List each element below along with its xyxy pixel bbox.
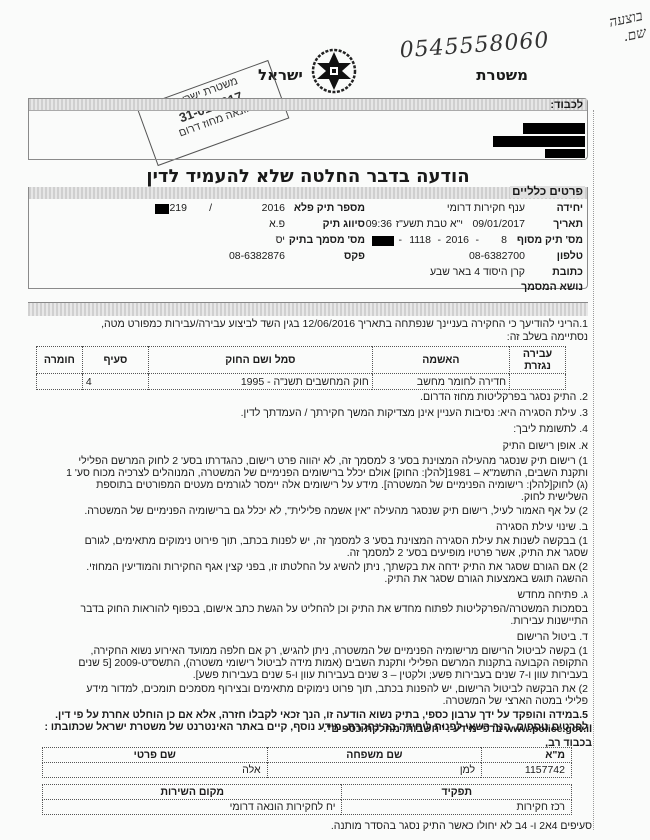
section-a-title: א. אופן רישום התיק <box>503 440 588 452</box>
recipient-label: לכבוד: <box>550 99 583 111</box>
first-name-value: אלה <box>43 763 268 778</box>
id-value: 1157742 <box>482 763 572 778</box>
document-page: משטרת ישראל משטרת ישראל 31-01-2017 הונאה… <box>28 0 588 840</box>
col-section: סעיף <box>82 347 148 374</box>
id-label: מ"א <box>482 748 572 763</box>
general-details-box: פרטים כלליים יחידה ענף חקירות דרומי מספר… <box>28 187 588 289</box>
paragraph-1-line-1: 1.הריני להודיעך כי החקירה בעניינך שנפתחה… <box>101 318 588 330</box>
final-file-sep2: - <box>438 234 442 249</box>
section-b-title: ב. שינוי עילת הסגירה <box>496 521 588 533</box>
cell-section: 4 <box>82 374 148 390</box>
cell-severity <box>37 374 83 390</box>
general-details-band: פרטים כלליים <box>29 187 587 199</box>
offenses-header-row: עבירה נגזרת האשמה סמל ושם החוק סעיף חומר… <box>37 347 566 374</box>
section-d1-line-1: 1) בקשה לביטול הרישום מרישומיה הפנימיים … <box>91 645 588 657</box>
redacted-pla-prefix <box>155 204 169 214</box>
cell-charge: חדירה לחומר מחשב <box>372 374 509 390</box>
classification-label: סיווג תיק <box>323 218 365 233</box>
cell-derived-offense <box>510 374 566 390</box>
paragraph-1-line-2: נסתיימה בשלב זה: <box>507 331 588 343</box>
paragraph-2: 2. התיק נסגר בפרקליטות מחוז הדרום. <box>420 391 588 403</box>
section-c-line-2: התיישנות עבירות. <box>510 615 588 627</box>
cell-law: חוק המחשבים תשנ"ה - 1995 <box>148 374 372 390</box>
address-label: כתובת <box>552 266 583 281</box>
phone-value: 08-6382700 <box>469 250 525 265</box>
signature-table: מ"א שם משפחה שם פרטי 1157742 למן אלה <box>42 747 572 778</box>
section-d2-line-2: פלילי במטה הארצי של המשטרה. <box>443 695 588 707</box>
section-a2: 2) על אף האמור לעיל, רישום תיק שנסגר מהע… <box>84 505 588 517</box>
classification-value: פ.א <box>269 218 285 233</box>
paragraph-4: 4. לתשומת ליבך: <box>513 423 588 435</box>
paragraph-5-line-3: www.police.gov.il בדפי מידע : "חשבות/ מח… <box>323 723 592 735</box>
final-file-sep1: - <box>476 234 480 249</box>
date-label: תאריך <box>553 218 583 233</box>
final-file-part2: 2016 <box>446 234 469 249</box>
table-row: רכז חקירות יח לחקירות הונאה דרומי <box>43 800 572 815</box>
recipient-band <box>29 99 587 111</box>
section-b2-line-2: ההשגה תוגש באמצעות הגורם שסגר את התיק. <box>384 573 588 585</box>
role-header-row: תפקיד מקום השירות <box>43 785 572 800</box>
redacted-address <box>493 136 585 147</box>
redacted-name <box>523 123 585 134</box>
col-derived-offense: עבירה נגזרת <box>510 347 566 374</box>
last-name-value: למן <box>267 763 482 778</box>
paragraph-5-line-1: 5.במידה והופקד על ידך ערבון כספי, בתיק נ… <box>55 709 588 721</box>
final-file-part3: 1118 <box>409 234 431 249</box>
regards: בכבוד רב, <box>545 737 592 749</box>
signature-header-row: מ"א שם משפחה שם פרטי <box>43 748 572 763</box>
last-name-label: שם משפחה <box>267 748 482 763</box>
col-severity: חומרה <box>37 347 83 374</box>
section-separator-band <box>28 302 588 316</box>
redacted-city <box>545 149 585 158</box>
pla-label: מספר תיק פלא <box>294 202 365 217</box>
station-label: מקום השירות <box>43 785 342 800</box>
final-file-sep3: - <box>399 234 403 249</box>
doc-number-label: מס' מסמך בתיק <box>289 234 365 249</box>
phone-label: טלפון <box>557 250 583 265</box>
fax-label: פקס <box>344 250 365 265</box>
subject-label: נושא המסמך <box>521 281 583 296</box>
station-value: יח לחקירות הונאה דרומי <box>43 800 342 815</box>
section-d1-line-2: התקופה הקבועה בתקנות המרשם הפלילי ותקנת … <box>78 657 588 669</box>
final-file-label: מס' תיק מסוף <box>517 234 583 249</box>
paragraph-3: 3. עילת הסגירה היא: נסיבות העניין אינן מ… <box>241 407 588 419</box>
document-title: הודעה בדבר החלטה שלא להעמיד לדין <box>88 166 528 187</box>
role-label: תפקיד <box>342 785 572 800</box>
section-d-title: ד. ביטול הרישום <box>517 631 588 643</box>
unit-label: יחידה <box>557 202 583 217</box>
section-b1-line-2: שסגר את התיק, אשר פרטיו מופיעים בסע' 2 ל… <box>347 547 588 559</box>
first-name-label: שם פרטי <box>43 748 268 763</box>
section-b1-line-1: 1) בבקשה לשנות את עילת הסגירה המצוינת בס… <box>85 535 588 547</box>
final-file-part1: 8 <box>501 234 507 249</box>
table-row: חדירה לחומר מחשב חוק המחשבים תשנ"ה - 199… <box>37 374 566 390</box>
footnote: סעיפים 4א2 ו- 4ב לא יחולו כאשר התיק נסגר… <box>331 820 592 832</box>
address-value: קרן היסוד 4 באר שבע <box>430 266 525 281</box>
hebrew-date: י"א טבת תשע"ז <box>396 218 463 233</box>
pla-number: 219 <box>169 202 187 217</box>
general-details-title: פרטים כלליים <box>510 186 585 198</box>
margin-line <box>593 110 594 830</box>
recipient-box: לכבוד: <box>28 98 588 160</box>
section-c-line-1: בסמכות המשטרה/הפרקליטות לפתוח מחדש את הת… <box>81 603 588 615</box>
doc-number-value: יס <box>276 234 285 249</box>
time-value: 09:36 <box>366 218 392 233</box>
role-table: תפקיד מקום השירות רכז חקירות יח לחקירות … <box>42 784 572 815</box>
date-value: 09/01/2017 <box>472 218 525 233</box>
pla-sep: / <box>209 202 212 217</box>
unit-value: ענף חקירות דרומי <box>447 202 525 217</box>
section-a1-line-4: השלישית לחוק. <box>521 491 588 503</box>
offenses-table: עבירה נגזרת האשמה סמל ושם החוק סעיף חומר… <box>36 346 566 390</box>
section-d1-line-3: בעבירות עוון ו-7 שנים בעבירות פשע; ולקטי… <box>193 669 588 681</box>
section-c-title: ג. פתיחה מחדש <box>517 589 588 601</box>
col-charge: האשמה <box>372 347 509 374</box>
section-a1-line-1: 1) רישום תיק שנסגר מהעילה המצוינת בסע' 3… <box>78 455 588 467</box>
police-emblem-icon <box>310 47 358 95</box>
table-row: 1157742 למן אלה <box>43 763 572 778</box>
pla-year: 2016 <box>262 202 285 217</box>
fax-value: 08-6382876 <box>229 250 285 265</box>
section-b2-line-1: 2) אם הגורם שסגר את התיק ידחה את בקשתך, … <box>86 561 588 573</box>
redacted-file-suffix <box>372 236 394 246</box>
section-a1-line-2: ותקנת השבים, התשמ"א – 1981[להלן: החוק] א… <box>66 467 588 479</box>
role-value: רכז חקירות <box>342 800 572 815</box>
section-d2-line-1: 2) את הבקשה לביטול הרישום, יש להפנות בכת… <box>86 683 588 695</box>
col-law: סמל ושם החוק <box>148 347 372 374</box>
section-a1-line-3: (ג) לחוק[להלן: רישומיה הפנימיים של המשטר… <box>96 479 588 491</box>
